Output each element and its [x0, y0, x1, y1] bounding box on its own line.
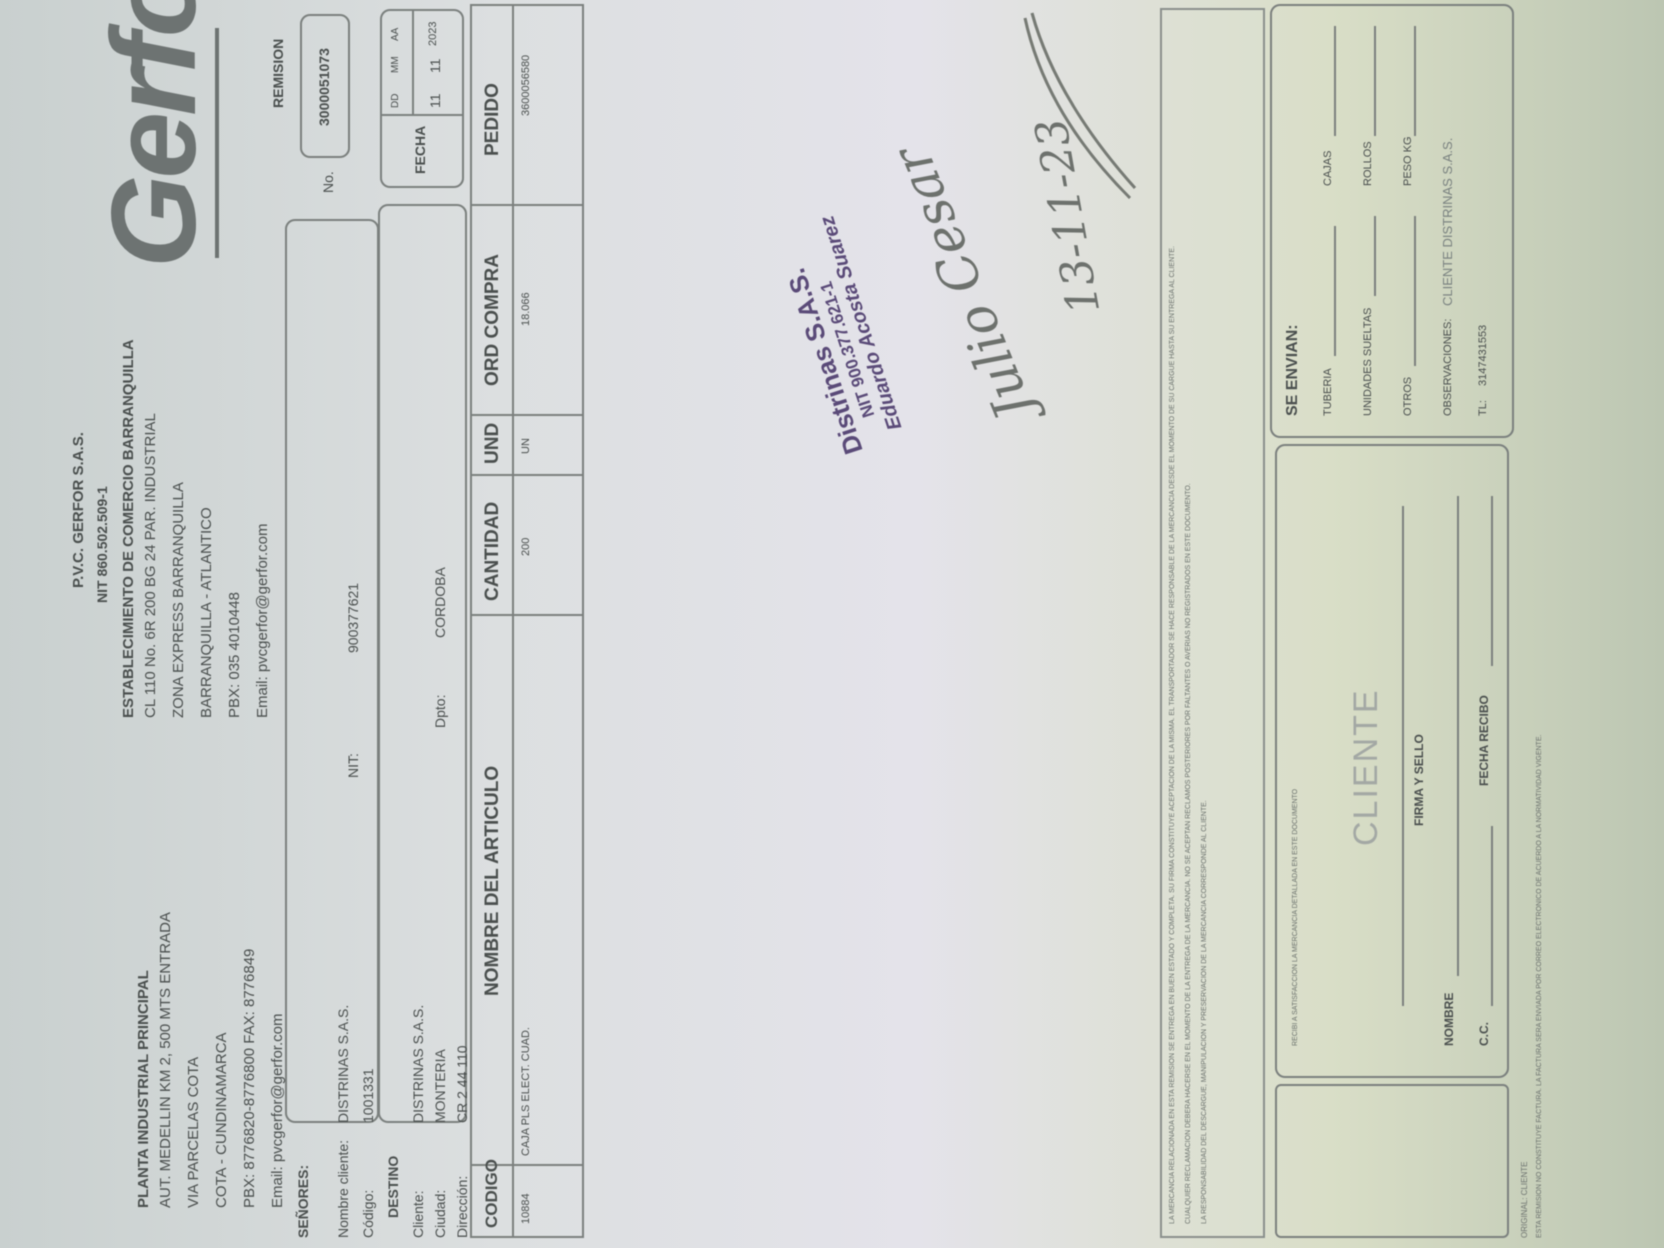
customer-box	[285, 219, 379, 1123]
destination-box	[378, 204, 467, 1123]
shipping-title: SE ENVIAN:	[1284, 324, 1302, 416]
doc-no-label: No.	[320, 171, 336, 193]
shipping-box: SE ENVIAN: TUBERIA CAJAS UNIDADES SUELTA…	[1270, 4, 1514, 438]
col-codigo: CODIGO	[482, 1159, 502, 1228]
terms-paragraph: CUALQUIER RECLAMACION DEBERA HACERSE EN …	[1184, 22, 1194, 1224]
gerfor-logo: Gerfor	[85, 0, 223, 268]
field-tuberia: TUBERIA	[1322, 368, 1334, 416]
company-name: P.V.C. GERFOR S.A.S.	[70, 432, 87, 588]
branch-block: ESTABLECIMIENTO DE COMERCIO BARRANQUILLA…	[120, 278, 277, 718]
name-label: NOMBRE	[1442, 993, 1456, 1046]
plant-title: PLANTA INDUSTRIAL PRINCIPAL	[135, 728, 152, 1208]
dest-city: MONTERIA	[432, 1049, 448, 1123]
customer-nit-label: NIT:	[345, 753, 361, 778]
cc-label: C.C.	[1477, 1022, 1491, 1046]
branch-title: ESTABLECIMIENTO DE COMERCIO BARRANQUILLA	[120, 278, 137, 718]
client-box: RECIBI A SATISFACCION LA MERCANCIA DETAL…	[1275, 444, 1509, 1078]
date-day: 11	[427, 93, 443, 108]
divider	[472, 204, 582, 206]
row-code: 10884	[520, 1193, 532, 1224]
footer-note: ESTA REMISION NO CONSTITUYE FACTURA. LA …	[1535, 8, 1545, 1238]
field-line	[1374, 216, 1376, 296]
field-otros: OTROS	[1402, 377, 1414, 416]
remission-document: P.V.C. GERFOR S.A.S. NIT 860.502.509-1 P…	[0, 0, 1664, 1248]
customer-name: DISTRINAS S.A.S.	[335, 1005, 351, 1123]
customer-nit: 900377621	[345, 583, 361, 653]
date-label: FECHA	[412, 126, 428, 174]
plant-line: VIA PARCELAS COTA	[180, 728, 208, 1208]
date-box: FECHA DD MM AA 11 11 2023	[380, 9, 464, 188]
client-watermark: CLIENTE	[1347, 688, 1386, 846]
col-nombre: NOMBRE DEL ARTICULO	[482, 766, 504, 996]
phone-label: TL:	[1477, 400, 1489, 416]
customer-code-label: Código:	[360, 1190, 376, 1238]
date-header-aa: AA	[390, 28, 401, 41]
date-header-dd: DD	[390, 94, 401, 108]
field-peso: PESO KG	[1402, 136, 1414, 186]
date-year: 2023	[427, 22, 439, 46]
divider	[472, 414, 582, 416]
doc-number-box: 3000051073	[300, 14, 350, 158]
plant-line: PBX: 8776820-8776800 FAX: 8776849	[236, 728, 264, 1208]
field-line	[1334, 26, 1336, 136]
field-unidades: UNIDADES SUELTAS	[1362, 308, 1374, 416]
received-label: FECHA RECIBO	[1477, 695, 1491, 786]
terms-box: LA MERCANCIA RELACIONADA EN ESTA REMISIO…	[1160, 8, 1265, 1238]
customer-code: 1001331	[360, 1068, 376, 1123]
phone-value: 3147431553	[1477, 325, 1489, 386]
branch-line: CL 110 No. 6R 200 BG 24 PAR. INDUSTRIAL	[137, 278, 165, 718]
destination-label: DESTINO	[385, 1156, 401, 1218]
field-line	[1414, 26, 1416, 136]
customer-name-label: Nombre cliente:	[335, 1140, 351, 1238]
client-note: RECIBI A SATISFACCION LA MERCANCIA DETAL…	[1291, 626, 1301, 1046]
branch-line: ZONA EXPRESS BARRANQUILLA	[165, 278, 193, 718]
field-line	[1374, 26, 1376, 136]
plant-block: PLANTA INDUSTRIAL PRINCIPAL AUT. MEDELLI…	[135, 728, 292, 1208]
row-order: 3600056580	[520, 55, 532, 116]
senores-label: SEÑORES:	[295, 1165, 311, 1238]
signature-label: FIRMA Y SELLO	[1412, 734, 1426, 826]
branch-line: PBX: 035 4010448	[221, 278, 249, 718]
plant-line: AUT. MEDELLIN KM 2, 500 MTS ENTRADA	[152, 728, 180, 1208]
dest-client-label: Cliente:	[410, 1191, 426, 1238]
signature-line	[1402, 506, 1404, 1006]
dest-address-label: Dirección:	[454, 1176, 470, 1238]
date-header-mm: MM	[390, 56, 401, 73]
field-line	[1414, 216, 1416, 366]
branch-line: BARRANQUILLA - ATLANTICO	[193, 278, 221, 718]
cc-line	[1491, 826, 1493, 1006]
row-purchase: 18.066	[520, 292, 532, 326]
field-cajas: CAJAS	[1322, 151, 1334, 186]
col-ord-compra: ORD COMPRA	[482, 254, 504, 386]
col-pedido: PEDIDO	[482, 83, 504, 156]
footer-copy: ORIGINAL: CLIENTE	[1520, 1162, 1529, 1238]
row-qty: 200	[520, 538, 532, 556]
logo-underline	[215, 28, 219, 258]
dest-address: CR 2 44 110	[454, 1045, 470, 1123]
divider	[472, 474, 582, 476]
terms-paragraph: LA RESPONSABILIDAD DEL DESCARGUE, MANIPU…	[1200, 22, 1210, 1224]
terms-paragraph: LA MERCANCIA RELACIONADA EN ESTA REMISIO…	[1168, 22, 1178, 1224]
doc-type: REMISION	[270, 39, 286, 108]
field-rollos: ROLLOS	[1362, 141, 1374, 186]
dest-dept-label: Dpto:	[432, 695, 448, 728]
col-cantidad: CANTIDAD	[482, 502, 504, 601]
plant-line: COTA - CUNDINAMARCA	[208, 728, 236, 1208]
observations-value: CLIENTE DISTRINAS S.A.S.	[1440, 138, 1455, 306]
row-unit: UN	[520, 438, 532, 454]
row-name: CAJA PLS ELECT. CUAD.	[520, 1027, 532, 1156]
divider	[472, 614, 582, 616]
divider	[412, 11, 414, 116]
date-month: 11	[427, 58, 443, 73]
company-nit: NIT 860.502.509-1	[94, 486, 110, 603]
divider	[382, 114, 462, 116]
signature-stroke	[1020, 8, 1140, 208]
dest-client: DISTRINAS S.A.S.	[410, 1005, 426, 1123]
doc-number: 3000051073	[316, 48, 332, 126]
name-line	[1457, 496, 1459, 976]
company-stamp: Distrinas S.A.S. NIT 900.377.621-1 Eduar…	[768, 213, 911, 458]
col-und: UND	[482, 423, 504, 464]
branch-line: Email: pvcgerfor@gerfor.com	[249, 278, 277, 718]
items-table: CODIGO NOMBRE DEL ARTICULO CANTIDAD UND …	[470, 4, 584, 1238]
divider	[512, 6, 514, 1236]
observations-label: OBSERVACIONES:	[1442, 319, 1454, 416]
received-line	[1491, 496, 1493, 666]
stamp-area-box	[1275, 1084, 1509, 1238]
dest-city-label: Ciudad:	[432, 1190, 448, 1238]
field-line	[1334, 226, 1336, 356]
dest-dept: CORDOBA	[432, 567, 448, 638]
